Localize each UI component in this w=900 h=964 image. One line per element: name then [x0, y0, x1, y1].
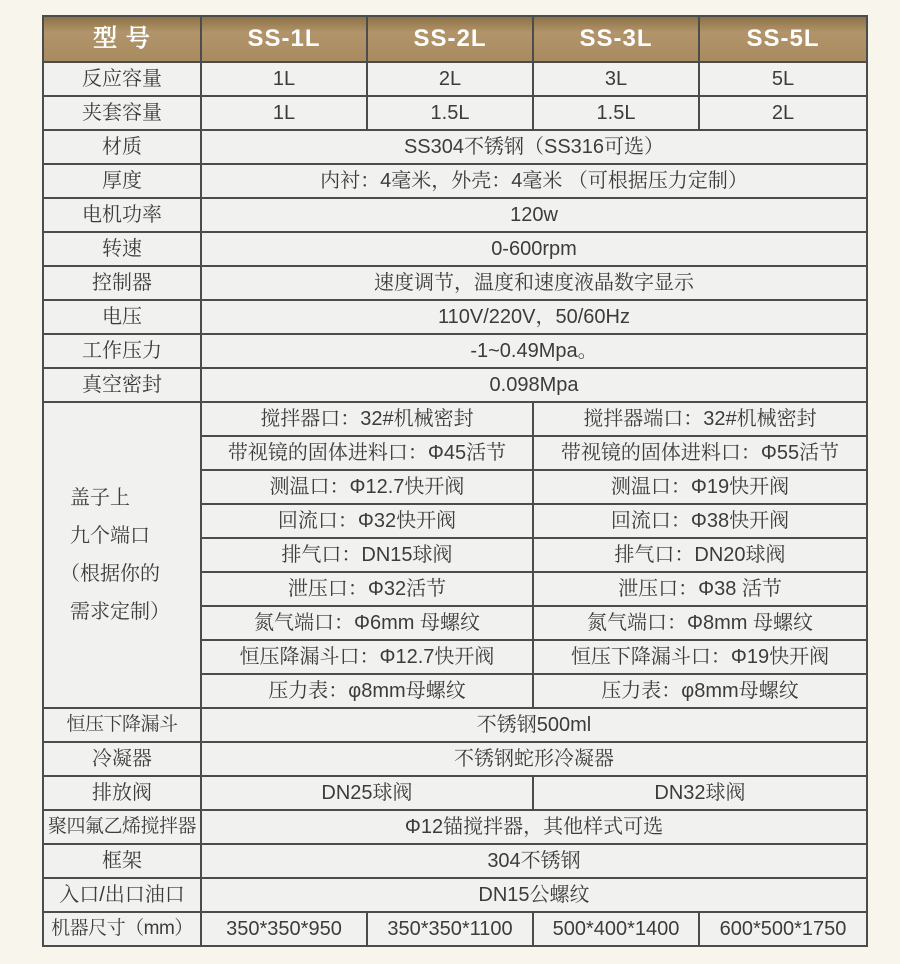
lid-ports-label: 盖子上 九个端口 （根据你的 需求定制）: [43, 402, 201, 708]
motor-power-value: 120w: [201, 198, 867, 232]
reaction-capacity-ss-5l: 5L: [699, 62, 867, 96]
row-machine-size: 机器尺寸（mm） 350*350*950 350*350*1100 500*40…: [43, 912, 867, 946]
lid-port-2-small: 带视镜的固体进料口：Φ45活节: [201, 436, 533, 470]
lid-port-9-small: 压力表：φ8mm母螺纹: [201, 674, 533, 708]
row-vacuum-seal: 真空密封 0.098Mpa: [43, 368, 867, 402]
lid-port-7-large: 氮气端口：Φ8mm 母螺纹: [533, 606, 867, 640]
discharge-valve-large: DN32球阀: [533, 776, 867, 810]
header-ss-5l: SS-5L: [699, 16, 867, 62]
dropping-funnel-label: 恒压下降漏斗: [43, 708, 201, 742]
jacket-capacity-ss-2l: 1.5L: [367, 96, 533, 130]
jacket-capacity-ss-5l: 2L: [699, 96, 867, 130]
speed-value: 0-600rpm: [201, 232, 867, 266]
working-pressure-value: -1~0.49Mpa。: [201, 334, 867, 368]
oil-port-value: DN15公螺纹: [201, 878, 867, 912]
reaction-capacity-ss-3l: 3L: [533, 62, 699, 96]
lid-ports-label-line-2: 九个端口: [70, 517, 198, 555]
lid-port-3-large: 测温口：Φ19快开阀: [533, 470, 867, 504]
discharge-valve-small: DN25球阀: [201, 776, 533, 810]
lid-port-4-large: 回流口：Φ38快开阀: [533, 504, 867, 538]
vacuum-seal-label: 真空密封: [43, 368, 201, 402]
frame-value: 304不锈钢: [201, 844, 867, 878]
row-frame: 框架 304不锈钢: [43, 844, 867, 878]
reaction-capacity-ss-2l: 2L: [367, 62, 533, 96]
vacuum-seal-value: 0.098Mpa: [201, 368, 867, 402]
discharge-valve-label: 排放阀: [43, 776, 201, 810]
condenser-value: 不锈钢蛇形冷凝器: [201, 742, 867, 776]
row-voltage: 电压 110V/220V，50/60Hz: [43, 300, 867, 334]
product-spec-table: 型 号 SS-1L SS-2L SS-3L SS-5L 反应容量 1L 2L 3…: [42, 15, 868, 947]
ptfe-stirrer-value: Φ12锚搅拌器，其他样式可选: [201, 810, 867, 844]
lid-ports-label-line-1: 盖子上: [70, 479, 198, 517]
header-ss-1l: SS-1L: [201, 16, 367, 62]
row-oil-port: 入口/出口油口 DN15公螺纹: [43, 878, 867, 912]
voltage-value: 110V/220V，50/60Hz: [201, 300, 867, 334]
machine-size-ss-5l: 600*500*1750: [699, 912, 867, 946]
lid-port-6-small: 泄压口：Φ32活节: [201, 572, 533, 606]
row-dropping-funnel: 恒压下降漏斗 不锈钢500ml: [43, 708, 867, 742]
voltage-label: 电压: [43, 300, 201, 334]
lid-port-3-small: 测温口：Φ12.7快开阀: [201, 470, 533, 504]
row-controller: 控制器 速度调节，温度和速度液晶数字显示: [43, 266, 867, 300]
lid-ports-label-line-4: 需求定制）: [70, 593, 198, 631]
working-pressure-label: 工作压力: [43, 334, 201, 368]
frame-label: 框架: [43, 844, 201, 878]
lid-port-4-small: 回流口：Φ32快开阀: [201, 504, 533, 538]
row-material: 材质 SS304不锈钢（SS316可选）: [43, 130, 867, 164]
dropping-funnel-value: 不锈钢500ml: [201, 708, 867, 742]
header-row: 型 号 SS-1L SS-2L SS-3L SS-5L: [43, 16, 867, 62]
jacket-capacity-label: 夹套容量: [43, 96, 201, 130]
motor-power-label: 电机功率: [43, 198, 201, 232]
row-reaction-capacity: 反应容量 1L 2L 3L 5L: [43, 62, 867, 96]
lid-port-5-large: 排气口：DN20球阀: [533, 538, 867, 572]
row-discharge-valve: 排放阀 DN25球阀 DN32球阀: [43, 776, 867, 810]
machine-size-ss-2l: 350*350*1100: [367, 912, 533, 946]
lid-ports-label-line-3: （根据你的: [60, 555, 198, 593]
lid-port-7-small: 氮气端口：Φ6mm 母螺纹: [201, 606, 533, 640]
ptfe-stirrer-label: 聚四氟乙烯搅拌器: [43, 810, 201, 844]
row-ptfe-stirrer: 聚四氟乙烯搅拌器 Φ12锚搅拌器，其他样式可选: [43, 810, 867, 844]
machine-size-ss-3l: 500*400*1400: [533, 912, 699, 946]
lid-port-8-large: 恒压下降漏斗口：Φ19快开阀: [533, 640, 867, 674]
row-condenser: 冷凝器 不锈钢蛇形冷凝器: [43, 742, 867, 776]
lid-port-1-large: 搅拌器端口：32#机械密封: [533, 402, 867, 436]
lid-port-9-large: 压力表：φ8mm母螺纹: [533, 674, 867, 708]
reaction-capacity-label: 反应容量: [43, 62, 201, 96]
header-model-label: 型 号: [43, 16, 201, 62]
row-speed: 转速 0-600rpm: [43, 232, 867, 266]
jacket-capacity-ss-1l: 1L: [201, 96, 367, 130]
machine-size-ss-1l: 350*350*950: [201, 912, 367, 946]
jacket-capacity-ss-3l: 1.5L: [533, 96, 699, 130]
header-ss-3l: SS-3L: [533, 16, 699, 62]
lid-port-1-small: 搅拌器口：32#机械密封: [201, 402, 533, 436]
machine-size-label: 机器尺寸（mm）: [43, 912, 201, 946]
oil-port-label: 入口/出口油口: [43, 878, 201, 912]
material-label: 材质: [43, 130, 201, 164]
lid-port-5-small: 排气口：DN15球阀: [201, 538, 533, 572]
row-lid-port-1: 盖子上 九个端口 （根据你的 需求定制） 搅拌器口：32#机械密封 搅拌器端口：…: [43, 402, 867, 436]
lid-port-8-small: 恒压降漏斗口：Φ12.7快开阀: [201, 640, 533, 674]
row-jacket-capacity: 夹套容量 1L 1.5L 1.5L 2L: [43, 96, 867, 130]
header-ss-2l: SS-2L: [367, 16, 533, 62]
speed-label: 转速: [43, 232, 201, 266]
row-thickness: 厚度 内衬：4毫米，外壳：4毫米 （可根据压力定制）: [43, 164, 867, 198]
row-motor-power: 电机功率 120w: [43, 198, 867, 232]
row-working-pressure: 工作压力 -1~0.49Mpa。: [43, 334, 867, 368]
thickness-value: 内衬：4毫米，外壳：4毫米 （可根据压力定制）: [201, 164, 867, 198]
material-value: SS304不锈钢（SS316可选）: [201, 130, 867, 164]
thickness-label: 厚度: [43, 164, 201, 198]
controller-label: 控制器: [43, 266, 201, 300]
controller-value: 速度调节，温度和速度液晶数字显示: [201, 266, 867, 300]
lid-port-6-large: 泄压口：Φ38 活节: [533, 572, 867, 606]
lid-port-2-large: 带视镜的固体进料口：Φ55活节: [533, 436, 867, 470]
condenser-label: 冷凝器: [43, 742, 201, 776]
reaction-capacity-ss-1l: 1L: [201, 62, 367, 96]
